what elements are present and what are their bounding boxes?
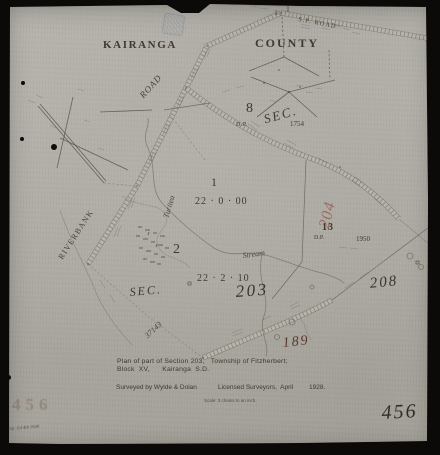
photo-background: KAIRANGA COUNTY 8 D.P. 1754 SEC. 204 13 …	[0, 0, 440, 455]
punch-hole	[51, 144, 57, 150]
photo-vignette	[0, 0, 440, 455]
punch-hole	[21, 81, 25, 85]
punch-hole	[6, 375, 11, 380]
punch-hole	[20, 137, 24, 141]
survey-plan-sheet: KAIRANGA COUNTY 8 D.P. 1754 SEC. 204 13 …	[0, 0, 440, 455]
